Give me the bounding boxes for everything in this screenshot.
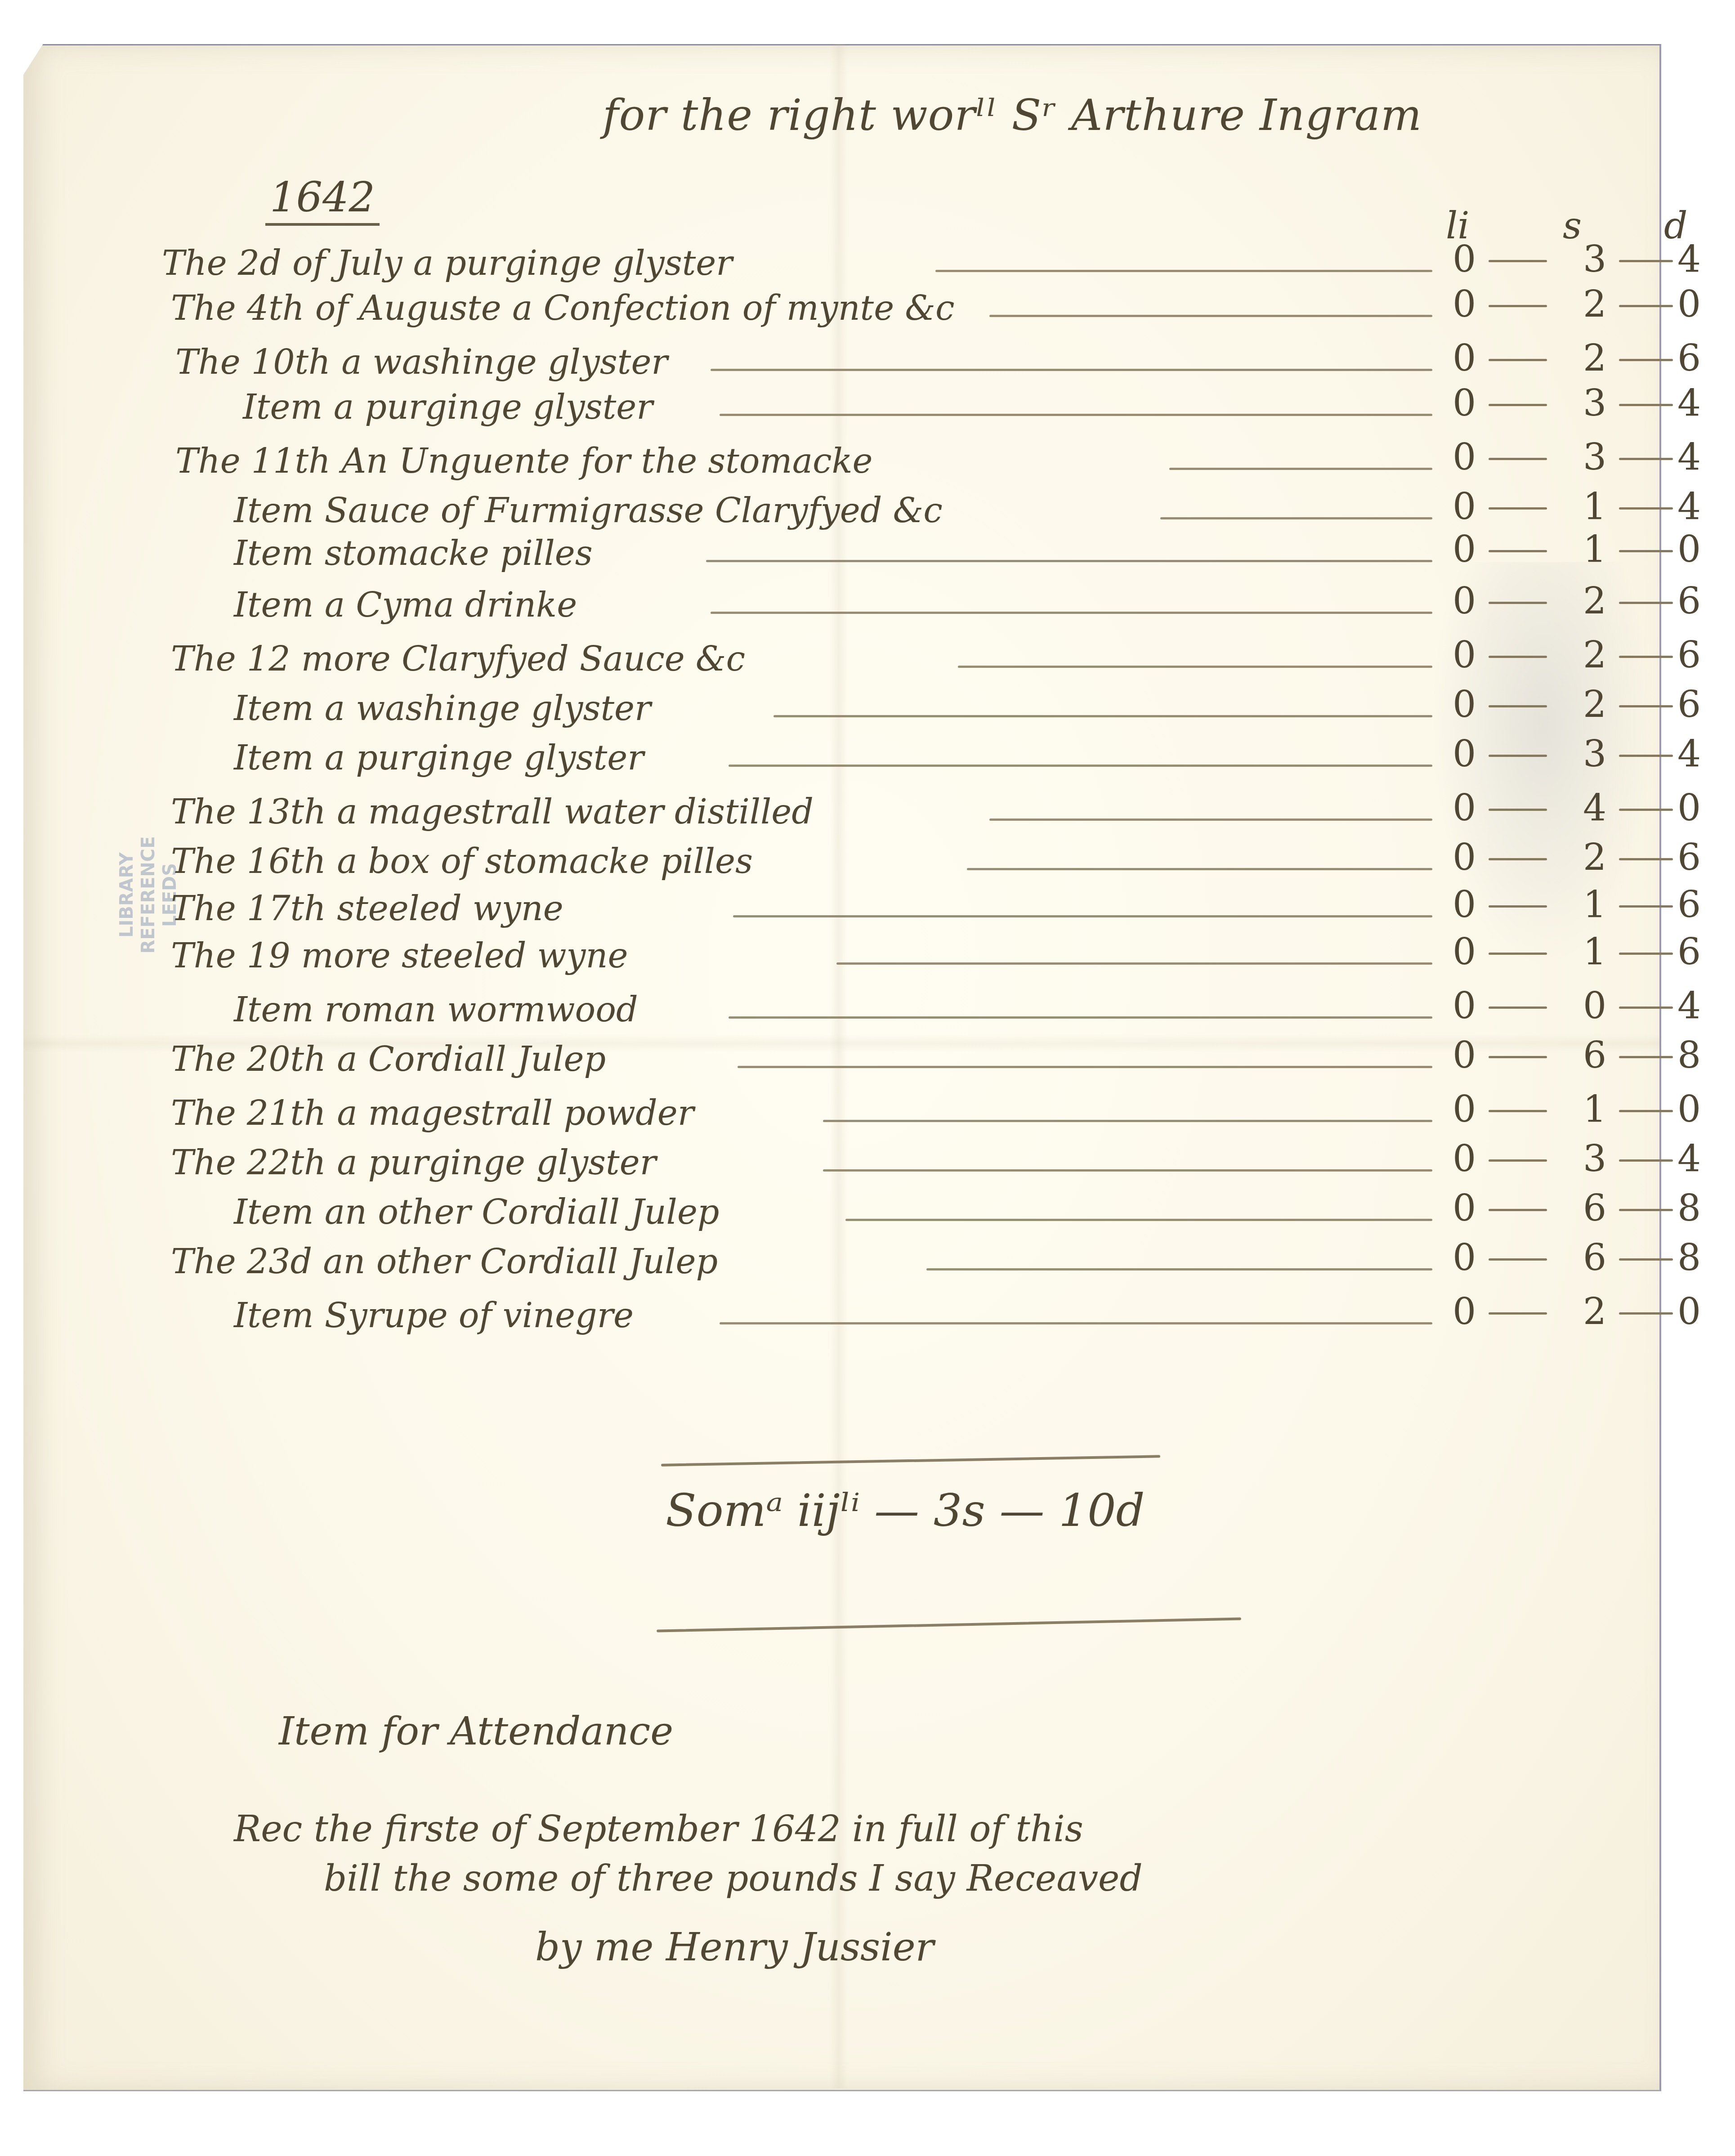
amount-pounds: 0 <box>1453 382 1476 425</box>
leader-line <box>989 819 1432 821</box>
amount-dash <box>1489 550 1547 552</box>
bill-header: for the right worˡˡ Sʳ Arthure Ingram <box>603 90 1422 140</box>
amount-shillings: 3 <box>1583 436 1606 479</box>
amount-pence: 6 <box>1677 836 1701 879</box>
amount-dash <box>1619 1159 1673 1162</box>
leader-line <box>836 962 1432 965</box>
amount-dash <box>1619 305 1673 307</box>
item-description: The 13th a magestrall water distilled <box>171 792 814 832</box>
amount-dash <box>1489 359 1547 361</box>
amount-pounds: 0 <box>1453 787 1476 830</box>
amount-pounds: 0 <box>1453 836 1476 879</box>
bill-item-row: Item stomacke pilles010 <box>0 533 1735 582</box>
bill-item-row: The 12 more Claryfyed Sauce &c026 <box>0 639 1735 688</box>
amount-dash <box>1619 458 1673 460</box>
amount-dash <box>1619 1056 1673 1058</box>
amount-pounds: 0 <box>1453 884 1476 926</box>
amount-pence: 0 <box>1677 528 1701 571</box>
bill-item-row: The 22th a purginge glyster034 <box>0 1142 1735 1192</box>
bill-item-row: The 20th a Cordiall Julep068 <box>0 1039 1735 1088</box>
amount-shillings: 3 <box>1583 382 1606 425</box>
bill-item-row: The 17th steeled wyne016 <box>0 888 1735 938</box>
leader-line <box>711 612 1432 614</box>
amount-pounds: 0 <box>1453 436 1476 479</box>
amount-dash <box>1489 305 1547 307</box>
bill-item-row: Item a washinge glyster026 <box>0 688 1735 738</box>
column-head-shillings: s <box>1563 205 1582 247</box>
amount-pounds: 0 <box>1453 1291 1476 1333</box>
amount-dash <box>1619 1110 1673 1112</box>
amount-pounds: 0 <box>1453 1187 1476 1230</box>
bill-item-row: The 11th An Unguente for the stomacke034 <box>0 441 1735 490</box>
amount-dash <box>1489 602 1547 604</box>
amount-pence: 4 <box>1677 238 1701 281</box>
amount-pence: 6 <box>1677 884 1701 926</box>
bill-item-row: Item roman wormwood004 <box>0 989 1735 1039</box>
amount-dash <box>1619 404 1673 406</box>
amount-dash <box>1489 1006 1547 1009</box>
amount-shillings: 1 <box>1583 486 1606 528</box>
amount-shillings: 1 <box>1583 528 1606 571</box>
item-description: Item Sauce of Furmigrasse Claryfyed &c <box>234 490 943 530</box>
amount-dash <box>1489 458 1547 460</box>
amount-dash <box>1619 858 1673 860</box>
amount-pence: 6 <box>1677 580 1701 623</box>
amount-dash <box>1489 1312 1547 1315</box>
amount-shillings: 2 <box>1583 836 1606 879</box>
leader-line <box>1169 468 1432 470</box>
amount-pence: 4 <box>1677 436 1701 479</box>
amount-pounds: 0 <box>1453 931 1476 974</box>
amount-shillings: 1 <box>1583 931 1606 974</box>
bill-item-row: The 21th a magestrall powder010 <box>0 1093 1735 1142</box>
amount-dash <box>1619 656 1673 658</box>
amount-shillings: 3 <box>1583 238 1606 281</box>
amount-pence: 4 <box>1677 985 1701 1028</box>
leader-line <box>729 1016 1432 1019</box>
amount-shillings: 1 <box>1583 1088 1606 1131</box>
amount-pounds: 0 <box>1453 1034 1476 1077</box>
bill-item-row: Item an other Cordiall Julep068 <box>0 1192 1735 1241</box>
amount-shillings: 2 <box>1583 634 1606 677</box>
amount-shillings: 6 <box>1583 1237 1606 1279</box>
amount-dash <box>1489 953 1547 955</box>
amount-dash <box>1489 1209 1547 1211</box>
receipt-line-1: Rec the firste of September 1642 in full… <box>234 1808 1083 1850</box>
amount-pence: 6 <box>1677 931 1701 974</box>
amount-pence: 0 <box>1677 787 1701 830</box>
amount-pounds: 0 <box>1453 1138 1476 1181</box>
amount-shillings: 6 <box>1583 1187 1606 1230</box>
item-description: Item stomacke pilles <box>234 533 593 573</box>
bill-item-row: Item Syrupe of vinegre020 <box>0 1295 1735 1345</box>
amount-dash <box>1489 507 1547 510</box>
amount-dash <box>1619 1006 1673 1009</box>
amount-pounds: 0 <box>1453 337 1476 380</box>
leader-line <box>989 315 1432 317</box>
bill-item-row: Item a purginge glyster034 <box>0 738 1735 787</box>
bill-item-row: The 16th a box of stomacke pilles026 <box>0 841 1735 890</box>
amount-shillings: 6 <box>1583 1034 1606 1077</box>
item-description: The 19 more steeled wyne <box>171 935 628 975</box>
item-description: The 16th a box of stomacke pilles <box>171 841 753 881</box>
amount-dash <box>1619 755 1673 757</box>
amount-pence: 4 <box>1677 733 1701 776</box>
amount-pence: 8 <box>1677 1237 1701 1279</box>
leader-line <box>720 414 1432 416</box>
leader-line <box>729 765 1432 767</box>
amount-pounds: 0 <box>1453 1237 1476 1279</box>
item-description: Item an other Cordiall Julep <box>234 1192 720 1232</box>
amount-shillings: 3 <box>1583 733 1606 776</box>
item-description: Item a Cyma drinke <box>234 585 577 625</box>
item-description: Item roman wormwood <box>234 989 638 1029</box>
amount-pounds: 0 <box>1453 486 1476 528</box>
amount-dash <box>1489 1110 1547 1112</box>
amount-dash <box>1489 755 1547 757</box>
amount-dash <box>1619 1258 1673 1261</box>
bill-total: Somᵃ iijˡⁱ — 3s — 10d <box>666 1484 1145 1537</box>
leader-line <box>823 1120 1432 1122</box>
amount-shillings: 3 <box>1583 1138 1606 1181</box>
amount-pounds: 0 <box>1453 238 1476 281</box>
amount-dash <box>1489 1258 1547 1261</box>
amount-pence: 0 <box>1677 1088 1701 1131</box>
amount-dash <box>1489 809 1547 811</box>
amount-pounds: 0 <box>1453 634 1476 677</box>
leader-line <box>935 270 1432 272</box>
bill-item-row: The 23d an other Cordiall Julep068 <box>0 1241 1735 1291</box>
amount-pounds: 0 <box>1453 283 1476 326</box>
amount-shillings: 4 <box>1583 787 1606 830</box>
bill-item-row: The 4th of Auguste a Confection of mynte… <box>0 288 1735 337</box>
bill-item-row: Item a purginge glyster034 <box>0 387 1735 436</box>
item-description: The 17th steeled wyne <box>171 888 563 928</box>
amount-shillings: 2 <box>1583 1291 1606 1333</box>
item-description: The 4th of Auguste a Confection of mynte… <box>171 288 955 328</box>
item-description: The 11th An Unguente for the stomacke <box>175 441 873 481</box>
attendance-line: Item for Attendance <box>279 1709 673 1754</box>
amount-pence: 8 <box>1677 1187 1701 1230</box>
leader-line <box>958 666 1432 668</box>
bill-item-row: The 19 more steeled wyne016 <box>0 935 1735 985</box>
amount-shillings: 2 <box>1583 337 1606 380</box>
amount-pence: 0 <box>1677 1291 1701 1333</box>
leader-line <box>711 369 1432 371</box>
amount-shillings: 2 <box>1583 580 1606 623</box>
item-description: Item a purginge glyster <box>243 387 653 427</box>
amount-pence: 8 <box>1677 1034 1701 1077</box>
amount-dash <box>1489 260 1547 262</box>
amount-dash <box>1489 905 1547 908</box>
bill-item-row: The 13th a magestrall water distilled040 <box>0 792 1735 841</box>
receipt-line-2: bill the some of three pounds I say Rece… <box>324 1857 1143 1899</box>
amount-dash <box>1619 550 1673 552</box>
amount-dash <box>1619 809 1673 811</box>
amount-pounds: 0 <box>1453 580 1476 623</box>
item-description: Item Syrupe of vinegre <box>234 1295 634 1335</box>
amount-dash <box>1489 1056 1547 1058</box>
amount-shillings: 1 <box>1583 884 1606 926</box>
leader-line <box>738 1066 1432 1068</box>
amount-pounds: 0 <box>1453 528 1476 571</box>
amount-pence: 6 <box>1677 634 1701 677</box>
item-description: Item a purginge glyster <box>234 738 644 778</box>
leader-line <box>706 560 1432 562</box>
signature: by me Henry Jussier <box>535 1925 934 1970</box>
amount-shillings: 2 <box>1583 684 1606 726</box>
amount-dash <box>1619 260 1673 262</box>
amount-pence: 6 <box>1677 684 1701 726</box>
leader-line <box>720 1322 1432 1324</box>
bill-year: 1642 <box>265 173 380 226</box>
amount-dash <box>1489 705 1547 707</box>
amount-shillings: 0 <box>1583 985 1606 1028</box>
amount-pounds: 0 <box>1453 733 1476 776</box>
amount-dash <box>1489 858 1547 860</box>
amount-pence: 4 <box>1677 1138 1701 1181</box>
amount-dash <box>1489 404 1547 406</box>
item-description: The 20th a Cordiall Julep <box>171 1039 606 1079</box>
item-description: The 12 more Claryfyed Sauce &c <box>171 639 745 679</box>
item-description: The 22th a purginge glyster <box>171 1142 656 1182</box>
amount-dash <box>1619 1312 1673 1315</box>
leader-line <box>823 1169 1432 1172</box>
amount-dash <box>1619 953 1673 955</box>
amount-dash <box>1619 705 1673 707</box>
leader-line <box>1160 517 1432 519</box>
amount-dash <box>1619 359 1673 361</box>
amount-pounds: 0 <box>1453 985 1476 1028</box>
amount-dash <box>1619 1209 1673 1211</box>
amount-dash <box>1619 905 1673 908</box>
item-description: The 21th a magestrall powder <box>171 1093 694 1133</box>
leader-line <box>774 715 1432 717</box>
amount-dash <box>1489 1159 1547 1162</box>
leader-line <box>967 868 1432 870</box>
leader-line <box>733 915 1432 917</box>
amount-shillings: 2 <box>1583 283 1606 326</box>
amount-dash <box>1619 507 1673 510</box>
amount-dash <box>1619 602 1673 604</box>
item-description: Item a washinge glyster <box>234 688 651 728</box>
item-description: The 10th a washinge glyster <box>175 342 668 382</box>
leader-line <box>845 1219 1432 1221</box>
amount-dash <box>1489 656 1547 658</box>
amount-pence: 0 <box>1677 283 1701 326</box>
amount-pence: 4 <box>1677 486 1701 528</box>
amount-pence: 6 <box>1677 337 1701 380</box>
amount-pounds: 0 <box>1453 1088 1476 1131</box>
item-description: The 2d of July a purginge glyster <box>162 243 733 283</box>
item-description: The 23d an other Cordiall Julep <box>171 1241 718 1281</box>
bill-item-row: Item a Cyma drinke026 <box>0 585 1735 634</box>
amount-pounds: 0 <box>1453 684 1476 726</box>
amount-pence: 4 <box>1677 382 1701 425</box>
leader-line <box>926 1268 1432 1270</box>
